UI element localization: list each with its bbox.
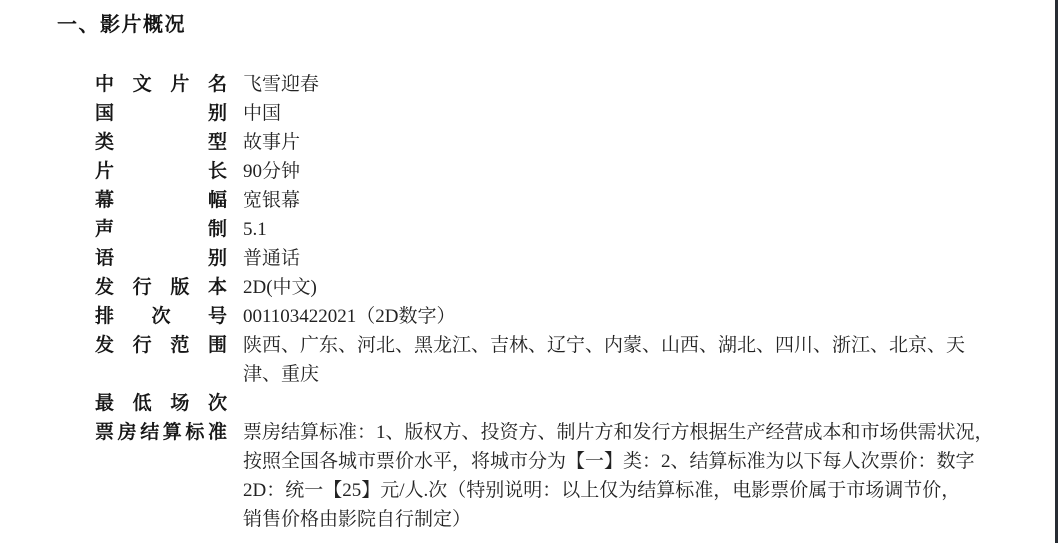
field-value-line: 中国: [243, 99, 281, 128]
field-value-line: 按照全国各城市票价水平，将城市分为【一】类：2、结算标准为以下每人次票价：数字: [243, 447, 994, 476]
field-label: 国别: [95, 99, 227, 128]
field-value: 陕西、广东、河北、黑龙江、吉林、辽宁、内蒙、山西、湖北、四川、浙江、北京、天 津…: [243, 331, 965, 389]
field-value: 飞雪迎春: [243, 70, 319, 99]
field-row-sound-format: 声制 5.1: [95, 215, 1019, 244]
field-label: 中文片名: [95, 70, 227, 99]
field-value-line: 001103422021（2D数字）: [243, 302, 456, 331]
film-overview-document: 一、影片概况 中文片名 飞雪迎春 国别 中国 类型 故事片 片长 90分钟: [0, 0, 1059, 534]
field-value: 5.1: [243, 215, 267, 244]
field-row-chinese-title: 中文片名 飞雪迎春: [95, 70, 1019, 99]
field-value: 90分钟: [243, 157, 300, 186]
field-value-line: 90分钟: [243, 157, 300, 186]
field-label: 最低场次: [95, 389, 227, 418]
field-value: 普通话: [243, 244, 300, 273]
field-row-release-number: 排次号 001103422021（2D数字）: [95, 302, 1019, 331]
field-value-line: 津、重庆: [243, 360, 965, 389]
field-label: 发行范围: [95, 331, 227, 360]
field-value-line: 故事片: [243, 128, 300, 157]
field-value-line: 陕西、广东、河北、黑龙江、吉林、辽宁、内蒙、山西、湖北、四川、浙江、北京、天: [243, 331, 965, 360]
field-row-screen-format: 幕幅 宽银幕: [95, 186, 1019, 215]
field-value-line: 5.1: [243, 215, 267, 244]
field-value-line: 飞雪迎春: [243, 70, 319, 99]
field-label: 类型: [95, 128, 227, 157]
field-value-line: 宽银幕: [243, 186, 300, 215]
field-list: 中文片名 飞雪迎春 国别 中国 类型 故事片 片长 90分钟 幕幅: [0, 70, 1059, 534]
field-label: 票房结算标准: [95, 418, 227, 447]
field-value: 2D(中文): [243, 273, 317, 302]
field-row-minimum-screenings: 最低场次: [95, 389, 1019, 418]
field-value: 票房结算标准：1、版权方、投资方、制片方和发行方根据生产经营成本和市场供需状况，…: [243, 418, 994, 534]
field-row-runtime: 片长 90分钟: [95, 157, 1019, 186]
field-row-country: 国别 中国: [95, 99, 1019, 128]
field-value: 001103422021（2D数字）: [243, 302, 456, 331]
field-row-language: 语别 普通话: [95, 244, 1019, 273]
field-value: 宽银幕: [243, 186, 300, 215]
field-value-line: 2D：统一【25】元/人.次（特别说明：以上仅为结算标准，电影票价属于市场调节价…: [243, 476, 994, 505]
field-label: 语别: [95, 244, 227, 273]
section-title: 一、影片概况: [57, 13, 1059, 37]
field-label: 发行版本: [95, 273, 227, 302]
field-label: 排次号: [95, 302, 227, 331]
field-value-line: 票房结算标准：1、版权方、投资方、制片方和发行方根据生产经营成本和市场供需状况，: [243, 418, 994, 447]
field-row-distribution-scope: 发行范围 陕西、广东、河北、黑龙江、吉林、辽宁、内蒙、山西、湖北、四川、浙江、北…: [95, 331, 1019, 389]
field-row-genre: 类型 故事片: [95, 128, 1019, 157]
field-label: 幕幅: [95, 186, 227, 215]
field-row-box-office-settlement: 票房结算标准 票房结算标准：1、版权方、投资方、制片方和发行方根据生产经营成本和…: [95, 418, 1019, 534]
field-label: 片长: [95, 157, 227, 186]
page-edge-line: [1055, 0, 1058, 543]
field-label: 声制: [95, 215, 227, 244]
field-row-release-version: 发行版本 2D(中文): [95, 273, 1019, 302]
field-value-line: 销售价格由影院自行制定）: [243, 505, 994, 534]
field-value-line: 普通话: [243, 244, 300, 273]
field-value: 中国: [243, 99, 281, 128]
field-value: 故事片: [243, 128, 300, 157]
field-value-line: 2D(中文): [243, 273, 317, 302]
